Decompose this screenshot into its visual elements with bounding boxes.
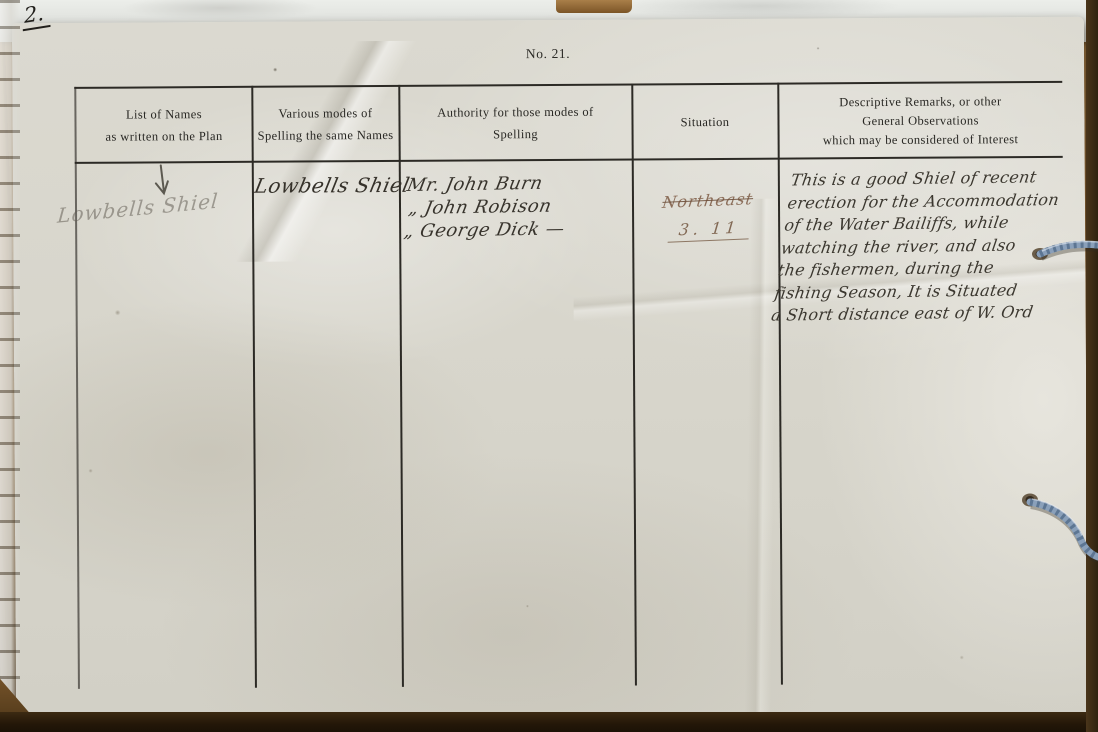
document-number: No. 21. (12, 43, 1084, 66)
situation-entry: Northeast 3. 11 (640, 188, 776, 243)
wood-right-strip (1086, 0, 1098, 732)
header-line: Spelling (400, 127, 632, 141)
authority-list: Mr. John Burn „ John Robison „ George Di… (396, 170, 635, 243)
column-header-remarks: Descriptive Remarks, or other General Ob… (778, 87, 1062, 155)
table-left-rule (74, 87, 79, 689)
column-header-situation: Situation (632, 89, 777, 156)
header-line: General Observations (778, 113, 1062, 128)
spelling-name-ink: Lowbells Shiel (252, 173, 407, 198)
column-header-spellings: Various modes of Spelling the same Names (252, 91, 398, 158)
document-page: No. 21. List of Names as written on the … (12, 17, 1088, 720)
wood-gap-between-sheets (556, 0, 632, 13)
header-line: Descriptive Remarks, or other (778, 94, 1062, 109)
header-line: Spelling the same Names (253, 128, 399, 142)
pencil-arrow-mark (149, 164, 175, 204)
situation-sheet-reference: 3. 11 (667, 217, 750, 242)
photo-scene: No. 21. List of Names as written on the … (0, 0, 1098, 732)
header-line: Authority for those modes of (399, 105, 631, 119)
remarks-line: erection for the Accommodation (786, 188, 1082, 214)
torn-left-edge (0, 0, 20, 732)
column-rule-1 (251, 86, 256, 688)
header-line: as written on the Plan (77, 129, 252, 143)
header-line: Various modes of (252, 106, 398, 120)
column-rule-4 (777, 83, 782, 685)
header-line: Situation (632, 115, 777, 129)
header-line: List of Names (76, 107, 251, 121)
remarks-line: a Short distance east of W. Ord (770, 301, 1066, 327)
binding-thread-upper (1014, 228, 1098, 276)
header-line: which may be considered of Interest (779, 132, 1063, 147)
column-header-authority: Authority for those modes of Spelling (399, 89, 631, 156)
handwritten-page-number: 2. (21, 0, 50, 31)
column-header-names: List of Names as written on the Plan (76, 92, 251, 159)
binding-thread-lower (1012, 478, 1098, 562)
situation-struck-text: Northeast (661, 189, 754, 212)
authority-line: „ George Dick — (396, 216, 626, 243)
wood-bottom-strip (0, 712, 1098, 732)
